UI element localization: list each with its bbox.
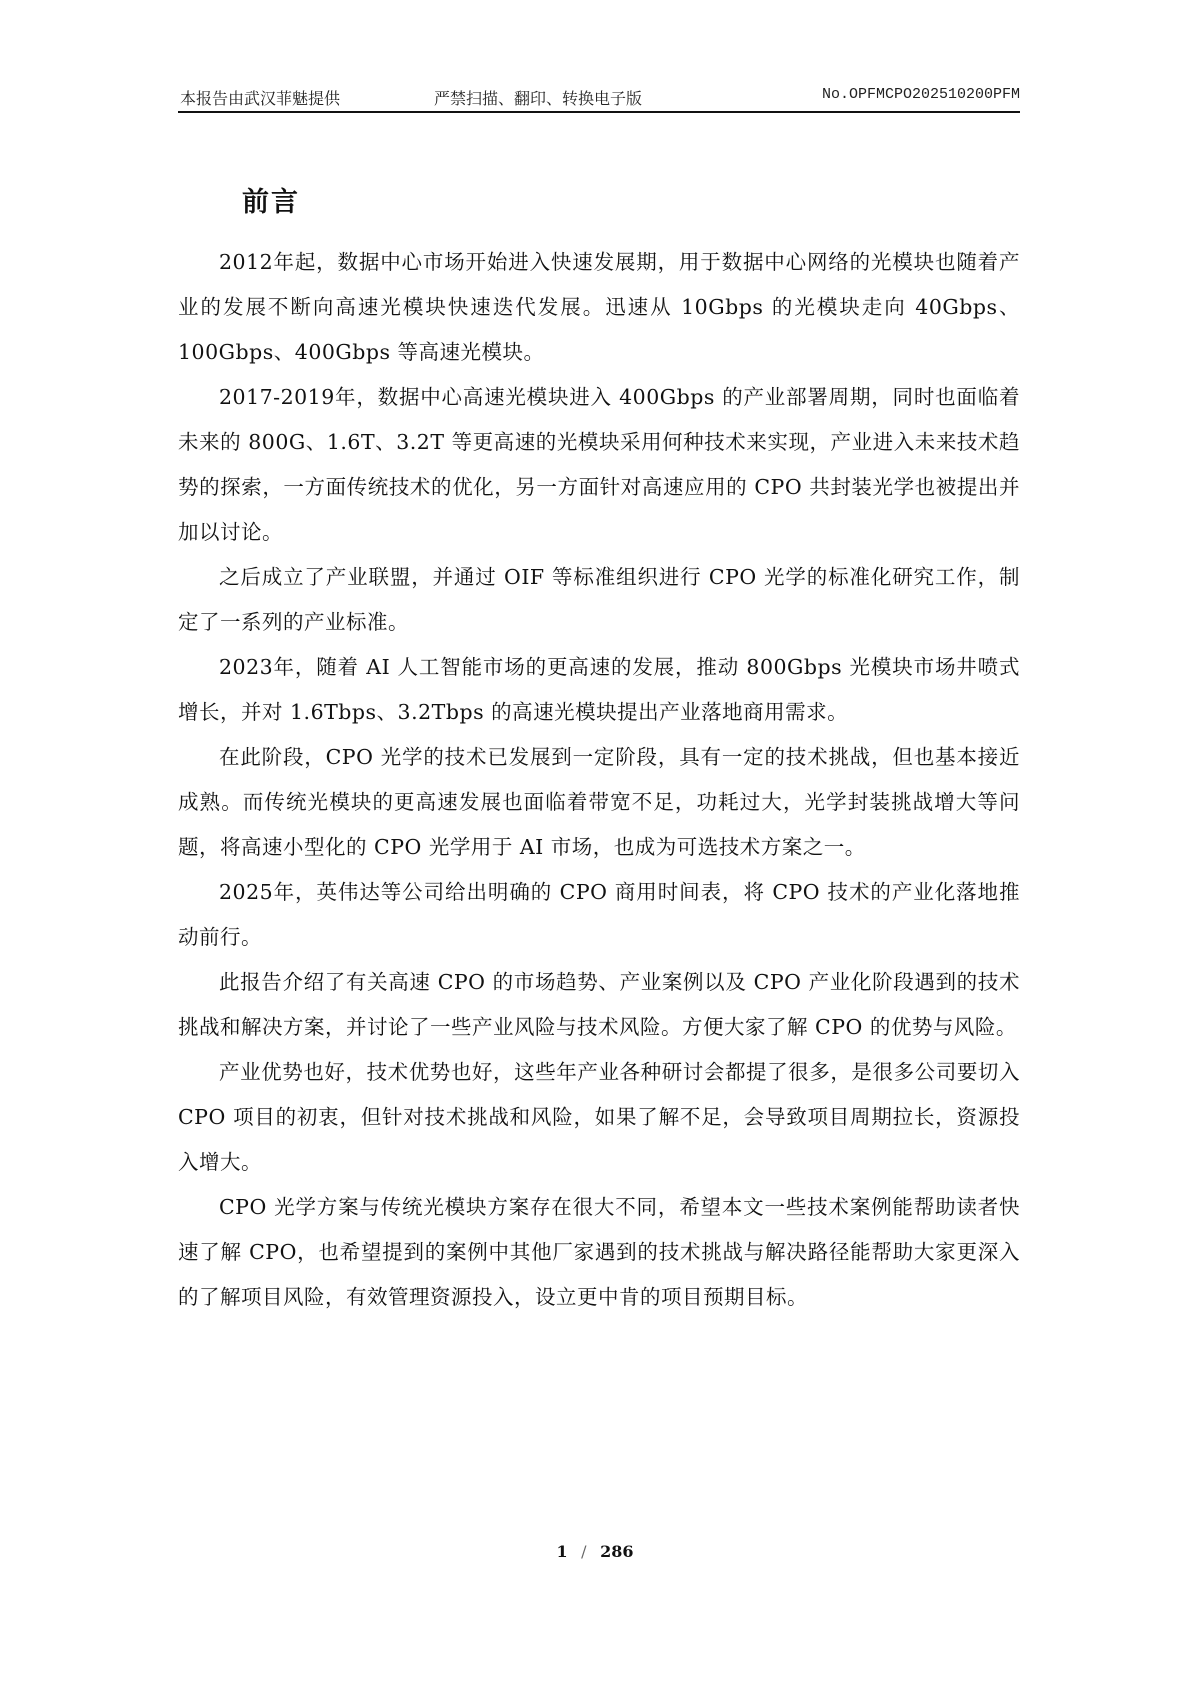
page-title: 前言 [242, 180, 300, 219]
paragraph: 产业优势也好，技术优势也好，这些年产业各种研讨会都提了很多，是很多公司要切入 C… [178, 1050, 1020, 1185]
header-divider [178, 111, 1020, 113]
page-header: 本报告由武汉菲魅提供 严禁扫描、翻印、转换电子版 No.OPFMCPO20251… [178, 86, 1020, 110]
header-doc-number: No.OPFMCPO202510200PFM [822, 86, 1020, 103]
current-page: 1 [556, 1542, 567, 1561]
paragraph: 2012年起，数据中心市场开始进入快速发展期，用于数据中心网络的光模块也随着产业… [178, 240, 1020, 375]
paragraph: 2023年，随着 AI 人工智能市场的更高速的发展，推动 800Gbps 光模块… [178, 645, 1020, 735]
page-number: 1 / 286 [0, 1542, 1190, 1561]
body-text: 2012年起，数据中心市场开始进入快速发展期，用于数据中心网络的光模块也随着产业… [178, 240, 1020, 1320]
page-separator: / [581, 1542, 586, 1561]
paragraph: 之后成立了产业联盟，并通过 OIF 等标准组织进行 CPO 光学的标准化研究工作… [178, 555, 1020, 645]
paragraph: 2017-2019年，数据中心高速光模块进入 400Gbps 的产业部署周期，同… [178, 375, 1020, 555]
paragraph: 在此阶段，CPO 光学的技术已发展到一定阶段，具有一定的技术挑战，但也基本接近成… [178, 735, 1020, 870]
header-provider: 本报告由武汉菲魅提供 [180, 86, 340, 109]
paragraph: CPO 光学方案与传统光模块方案存在很大不同，希望本文一些技术案例能帮助读者快速… [178, 1185, 1020, 1320]
paragraph: 此报告介绍了有关高速 CPO 的市场趋势、产业案例以及 CPO 产业化阶段遇到的… [178, 960, 1020, 1050]
paragraph: 2025年，英伟达等公司给出明确的 CPO 商用时间表，将 CPO 技术的产业化… [178, 870, 1020, 960]
total-pages: 286 [600, 1542, 633, 1561]
header-notice: 严禁扫描、翻印、转换电子版 [434, 86, 642, 109]
